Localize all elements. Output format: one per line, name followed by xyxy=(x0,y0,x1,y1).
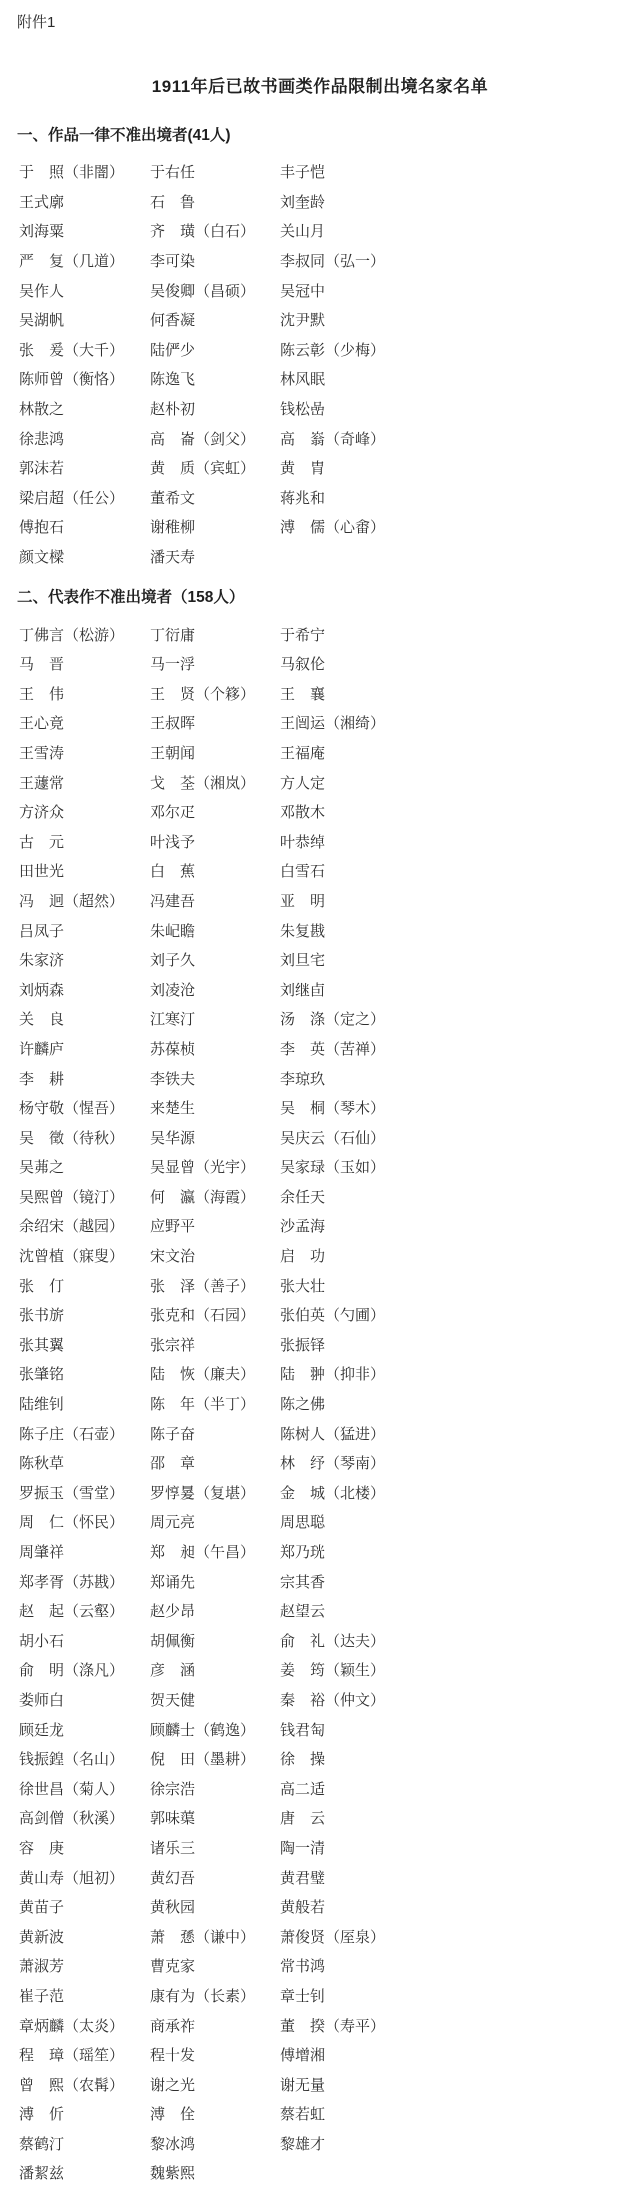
artist-name: 赵 起（云壑） xyxy=(19,1600,150,1621)
name-row: 张书旂张克和（石园）张伯英（勺圃） xyxy=(0,1300,640,1330)
artist-name: 崔子范 xyxy=(19,1985,150,2006)
name-row: 吴熙曾（镜汀）何 瀛（海霞）余任天 xyxy=(0,1182,640,1212)
artist-name: 白雪石 xyxy=(280,860,640,881)
name-list: 一、作品一律不准出境者(41人)于 照（非闇）于右任丰子恺王式廓石 鲁刘奎龄刘海… xyxy=(0,121,640,2188)
artist-name: 郑孝胥（苏戡） xyxy=(19,1571,150,1592)
artist-name: 张其翼 xyxy=(19,1334,150,1355)
artist-name: 吴 桐（琴木） xyxy=(280,1097,640,1118)
artist-name: 朱家济 xyxy=(19,949,150,970)
artist-name: 徐悲鸿 xyxy=(19,428,150,449)
artist-name: 吴茀之 xyxy=(19,1156,150,1177)
name-row: 王 伟王 贤（个簃）王 襄 xyxy=(0,679,640,709)
artist-name: 王叔晖 xyxy=(150,712,280,733)
artist-name: 董 揆（寿平） xyxy=(280,2015,640,2036)
attachment-label: 附件1 xyxy=(17,11,640,32)
artist-name: 俞 明（涤凡） xyxy=(19,1659,150,1680)
artist-name: 李叔同（弘一） xyxy=(280,250,640,271)
artist-name: 黄新波 xyxy=(19,1926,150,1947)
name-row: 冯 迥（超然）冯建吾亚 明 xyxy=(0,886,640,916)
artist-name: 应野平 xyxy=(150,1215,280,1236)
artist-name: 王 贤（个簃） xyxy=(150,683,280,704)
artist-name: 刘继卣 xyxy=(280,979,640,1000)
artist-name: 容 庚 xyxy=(19,1837,150,1858)
artist-name: 潘天寿 xyxy=(150,546,280,567)
name-row: 郑孝胥（苏戡）郑诵先宗其香 xyxy=(0,1566,640,1596)
name-row: 徐悲鸿高 崙（剑父）高 嵡（奇峰） xyxy=(0,423,640,453)
artist-name: 萧淑芳 xyxy=(19,1955,150,1976)
artist-name: 吴作人 xyxy=(19,280,150,301)
name-row: 刘海粟齐 璜（白石）关山月 xyxy=(0,216,640,246)
artist-name: 戈 荃（湘岚） xyxy=(150,772,280,793)
artist-name: 吴熙曾（镜汀） xyxy=(19,1186,150,1207)
artist-name: 陆 恢（廉夫） xyxy=(150,1363,280,1384)
artist-name: 于右任 xyxy=(150,161,280,182)
artist-name: 郭沫若 xyxy=(19,457,150,478)
name-row: 吴茀之吴显曾（光宇）吴家琭（玉如） xyxy=(0,1152,640,1182)
artist-name: 王闿运（湘绮） xyxy=(280,712,640,733)
artist-name: 刘炳森 xyxy=(19,979,150,1000)
name-row: 丁佛言（松游）丁衍庸于希宁 xyxy=(0,619,640,649)
name-row: 黄山寿（旭初）黄幻吾黄君璧 xyxy=(0,1862,640,1892)
artist-name: 杨守敬（惺吾） xyxy=(19,1097,150,1118)
artist-name: 李 耕 xyxy=(19,1068,150,1089)
artist-name: 叶浅予 xyxy=(150,831,280,852)
name-row: 钱振鍠（名山）倪 田（墨耕）徐 操 xyxy=(0,1744,640,1774)
artist-name: 沙孟海 xyxy=(280,1215,640,1236)
artist-name: 吴家琭（玉如） xyxy=(280,1156,640,1177)
artist-name: 苏葆桢 xyxy=(150,1038,280,1059)
artist-name: 齐 璜（白石） xyxy=(150,220,280,241)
artist-name: 林 纾（琴南） xyxy=(280,1452,640,1473)
artist-name: 彦 涵 xyxy=(150,1659,280,1680)
section-1: 一、作品一律不准出境者(41人)于 照（非闇）于右任丰子恺王式廓石 鲁刘奎龄刘海… xyxy=(0,121,640,571)
artist-name: 丰子恺 xyxy=(280,161,640,182)
artist-name: 潘絜兹 xyxy=(19,2162,150,2183)
name-row: 容 庚诸乐三陶一清 xyxy=(0,1833,640,1863)
name-row: 溥 伒溥 佺蔡若虹 xyxy=(0,2099,640,2129)
artist-name: 林风眠 xyxy=(280,368,640,389)
artist-name: 吴华源 xyxy=(150,1127,280,1148)
artist-name: 萧 愻（谦中） xyxy=(150,1926,280,1947)
name-row: 郭沫若黄 质（宾虹）黄 胄 xyxy=(0,453,640,483)
artist-name: 古 元 xyxy=(19,831,150,852)
artist-name: 黎冰鸿 xyxy=(150,2133,280,2154)
artist-name: 张 泽（善子） xyxy=(150,1275,280,1296)
artist-name: 叶恭绰 xyxy=(280,831,640,852)
artist-name: 蔡鹤汀 xyxy=(19,2133,150,2154)
name-row: 黄新波萧 愻（谦中）萧俊贤（厔泉） xyxy=(0,1921,640,1951)
artist-name: 曹克家 xyxy=(150,1955,280,1976)
artist-name: 方人定 xyxy=(280,772,640,793)
name-row: 程 璋（瑶笙）程十发傅增湘 xyxy=(0,2040,640,2070)
artist-name: 溥 儒（心畬） xyxy=(280,516,640,537)
artist-name: 高 崙（剑父） xyxy=(150,428,280,449)
artist-name: 刘奎龄 xyxy=(280,191,640,212)
artist-name: 胡小石 xyxy=(19,1630,150,1651)
artist-name: 倪 田（墨耕） xyxy=(150,1748,280,1769)
name-row: 吴 徵（待秋）吴华源吴庆云（石仙） xyxy=(0,1122,640,1152)
artist-name: 黄君璧 xyxy=(280,1867,640,1888)
artist-name: 田世光 xyxy=(19,860,150,881)
artist-name: 吴俊卿（昌硕） xyxy=(150,280,280,301)
artist-name: 宗其香 xyxy=(280,1571,640,1592)
artist-name: 白 蕉 xyxy=(150,860,280,881)
artist-name: 陆俨少 xyxy=(150,339,280,360)
artist-name: 赵少昂 xyxy=(150,1600,280,1621)
name-row: 章炳麟（太炎）商承祚董 揆（寿平） xyxy=(0,2010,640,2040)
artist-name: 诸乐三 xyxy=(150,1837,280,1858)
artist-name: 张伯英（勺圃） xyxy=(280,1304,640,1325)
artist-name: 贺天健 xyxy=(150,1689,280,1710)
artist-name: 秦 裕（仲文） xyxy=(280,1689,640,1710)
artist-name: 王福庵 xyxy=(280,742,640,763)
name-row: 颜文樑潘天寿 xyxy=(0,542,640,572)
name-row: 杨守敬（惺吾）来楚生吴 桐（琴木） xyxy=(0,1093,640,1123)
artist-name: 宋文治 xyxy=(150,1245,280,1266)
artist-name: 张书旂 xyxy=(19,1304,150,1325)
artist-name: 关 良 xyxy=(19,1008,150,1029)
section-heading: 一、作品一律不准出境者(41人) xyxy=(17,121,640,151)
artist-name: 余任天 xyxy=(280,1186,640,1207)
artist-name: 张大壮 xyxy=(280,1275,640,1296)
name-row: 张 仃张 泽（善子）张大壮 xyxy=(0,1270,640,1300)
name-row: 周肇祥郑 昶（午昌）郑乃珖 xyxy=(0,1537,640,1567)
name-row: 马 晋马一浮马叙伦 xyxy=(0,649,640,679)
name-row: 田世光白 蕉白雪石 xyxy=(0,856,640,886)
artist-name: 王式廓 xyxy=(19,191,150,212)
artist-name: 黄幻吾 xyxy=(150,1867,280,1888)
artist-name: 吴湖帆 xyxy=(19,309,150,330)
name-row: 傅抱石谢稚柳溥 儒（心畬） xyxy=(0,512,640,542)
name-row: 萧淑芳曹克家常书鸿 xyxy=(0,1951,640,1981)
artist-name: 刘海粟 xyxy=(19,220,150,241)
artist-name: 周思聪 xyxy=(280,1511,640,1532)
artist-name: 程十发 xyxy=(150,2044,280,2065)
name-row: 王蘧常戈 荃（湘岚）方人定 xyxy=(0,767,640,797)
artist-name: 萧俊贤（厔泉） xyxy=(280,1926,640,1947)
artist-name: 陆维钊 xyxy=(19,1393,150,1414)
artist-name: 黄山寿（旭初） xyxy=(19,1867,150,1888)
name-row: 吕凤子朱屺瞻朱复戡 xyxy=(0,915,640,945)
artist-name: 吴庆云（石仙） xyxy=(280,1127,640,1148)
artist-name: 沈曾植（寐叟） xyxy=(19,1245,150,1266)
name-row: 俞 明（涤凡）彦 涵姜 筠（颖生） xyxy=(0,1655,640,1685)
artist-name: 赵望云 xyxy=(280,1600,640,1621)
artist-name: 马一浮 xyxy=(150,653,280,674)
artist-name: 周 仁（怀民） xyxy=(19,1511,150,1532)
artist-name: 高二适 xyxy=(280,1778,640,1799)
artist-name: 魏紫熙 xyxy=(150,2162,280,2183)
name-row: 梁启超（任公）董希文蒋兆和 xyxy=(0,483,640,513)
artist-name: 罗振玉（雪堂） xyxy=(19,1482,150,1503)
artist-name: 梁启超（任公） xyxy=(19,487,150,508)
artist-name: 冯建吾 xyxy=(150,890,280,911)
artist-name: 蒋兆和 xyxy=(280,487,640,508)
artist-name: 马叙伦 xyxy=(280,653,640,674)
artist-name: 傅增湘 xyxy=(280,2044,640,2065)
name-row: 蔡鹤汀黎冰鸿黎雄才 xyxy=(0,2129,640,2159)
name-row: 黄苗子黄秋园黄般若 xyxy=(0,1892,640,1922)
artist-name: 王 伟 xyxy=(19,683,150,704)
name-row: 张 爰（大千）陆俨少陈云彰（少梅） xyxy=(0,335,640,365)
artist-name: 吴显曾（光宇） xyxy=(150,1156,280,1177)
name-row: 王雪涛王朝闻王福庵 xyxy=(0,738,640,768)
artist-name: 郑 昶（午昌） xyxy=(150,1541,280,1562)
artist-name: 启 功 xyxy=(280,1245,640,1266)
name-row: 沈曾植（寐叟）宋文治启 功 xyxy=(0,1241,640,1271)
name-row: 吴湖帆何香凝沈尹默 xyxy=(0,305,640,335)
artist-name: 溥 伒 xyxy=(19,2103,150,2124)
artist-name: 冯 迥（超然） xyxy=(19,890,150,911)
artist-name: 钱君匋 xyxy=(280,1719,640,1740)
name-row: 王式廓石 鲁刘奎龄 xyxy=(0,187,640,217)
artist-name: 李 英（苦禅） xyxy=(280,1038,640,1059)
artist-name: 顾廷龙 xyxy=(19,1719,150,1740)
artist-name: 郑诵先 xyxy=(150,1571,280,1592)
artist-name: 周肇祥 xyxy=(19,1541,150,1562)
page-title: 1911年后已故书画类作品限制出境名家名单 xyxy=(10,72,630,97)
artist-name: 亚 明 xyxy=(280,890,640,911)
artist-name: 江寒汀 xyxy=(150,1008,280,1029)
name-row: 于 照（非闇）于右任丰子恺 xyxy=(0,157,640,187)
artist-name: 王雪涛 xyxy=(19,742,150,763)
name-row: 娄师白贺天健秦 裕（仲文） xyxy=(0,1685,640,1715)
name-row: 罗振玉（雪堂）罗惇㬊（复堪）金 城（北楼） xyxy=(0,1478,640,1508)
artist-name: 沈尹默 xyxy=(280,309,640,330)
artist-name: 郑乃珖 xyxy=(280,1541,640,1562)
name-row: 刘炳森刘凌沧刘继卣 xyxy=(0,974,640,1004)
artist-name: 顾麟士（鹤逸） xyxy=(150,1719,280,1740)
artist-name: 张宗祥 xyxy=(150,1334,280,1355)
artist-name: 丁佛言（松游） xyxy=(19,624,150,645)
artist-name: 关山月 xyxy=(280,220,640,241)
artist-name: 高剑僧（秋溪） xyxy=(19,1807,150,1828)
artist-name: 刘旦宅 xyxy=(280,949,640,970)
artist-name: 陶一清 xyxy=(280,1837,640,1858)
artist-name: 陈子奋 xyxy=(150,1423,280,1444)
artist-name: 李琼玖 xyxy=(280,1068,640,1089)
artist-name: 金 城（北楼） xyxy=(280,1482,640,1503)
artist-name: 严 复（几道） xyxy=(19,250,150,271)
artist-name: 王 襄 xyxy=(280,683,640,704)
artist-name: 石 鲁 xyxy=(150,191,280,212)
artist-name: 谢稚柳 xyxy=(150,516,280,537)
name-row: 崔子范康有为（长素）章士钊 xyxy=(0,1981,640,2011)
artist-name: 于希宁 xyxy=(280,624,640,645)
artist-name: 曾 熙（农髯） xyxy=(19,2074,150,2095)
artist-name: 颜文樑 xyxy=(19,546,150,567)
artist-name: 程 璋（瑶笙） xyxy=(19,2044,150,2065)
artist-name: 黄 胄 xyxy=(280,457,640,478)
artist-name: 章炳麟（太炎） xyxy=(19,2015,150,2036)
artist-name: 李铁夫 xyxy=(150,1068,280,1089)
artist-name: 康有为（长素） xyxy=(150,1985,280,2006)
artist-name: 陈子庄（石壶） xyxy=(19,1423,150,1444)
artist-name: 余绍宋（越园） xyxy=(19,1215,150,1236)
name-row: 陈师曾（衡恪）陈逸飞林风眠 xyxy=(0,364,640,394)
artist-name: 唐 云 xyxy=(280,1807,640,1828)
artist-name: 方济众 xyxy=(19,801,150,822)
artist-name: 黄 质（宾虹） xyxy=(150,457,280,478)
artist-name: 吴冠中 xyxy=(280,280,640,301)
artist-name: 刘凌沧 xyxy=(150,979,280,1000)
artist-name: 朱复戡 xyxy=(280,920,640,941)
name-row: 张其翼张宗祥张振铎 xyxy=(0,1330,640,1360)
artist-name: 陈逸飞 xyxy=(150,368,280,389)
artist-name: 俞 礼（达夫） xyxy=(280,1630,640,1651)
name-row: 林散之赵朴初钱松嵒 xyxy=(0,394,640,424)
artist-name: 汤 涤（定之） xyxy=(280,1008,640,1029)
artist-name: 吴 徵（待秋） xyxy=(19,1127,150,1148)
name-row: 朱家济刘子久刘旦宅 xyxy=(0,945,640,975)
artist-name: 钱振鍠（名山） xyxy=(19,1748,150,1769)
artist-name: 胡佩衡 xyxy=(150,1630,280,1651)
artist-name: 吕凤子 xyxy=(19,920,150,941)
section-2: 二、代表作不准出境者（158人）丁佛言（松游）丁衍庸于希宁马 晋马一浮马叙伦王 … xyxy=(0,583,640,2187)
name-row: 陈子庄（石壶）陈子奋陈树人（猛进） xyxy=(0,1418,640,1448)
artist-name: 邵 章 xyxy=(150,1452,280,1473)
artist-name: 溥 佺 xyxy=(150,2103,280,2124)
artist-name: 董希文 xyxy=(150,487,280,508)
artist-name: 许麟庐 xyxy=(19,1038,150,1059)
name-row: 徐世昌（菊人）徐宗浩高二适 xyxy=(0,1773,640,1803)
artist-name: 丁衍庸 xyxy=(150,624,280,645)
artist-name: 张克和（石园） xyxy=(150,1304,280,1325)
artist-name: 何 瀛（海霞） xyxy=(150,1186,280,1207)
name-row: 吴作人吴俊卿（昌硕）吴冠中 xyxy=(0,275,640,305)
artist-name: 商承祚 xyxy=(150,2015,280,2036)
artist-name: 徐宗浩 xyxy=(150,1778,280,1799)
artist-name: 陈 年（半丁） xyxy=(150,1393,280,1414)
name-row: 顾廷龙顾麟士（鹤逸）钱君匋 xyxy=(0,1714,640,1744)
name-row: 古 元叶浅予叶恭绰 xyxy=(0,826,640,856)
artist-name: 张 仃 xyxy=(19,1275,150,1296)
artist-name: 郭味蕖 xyxy=(150,1807,280,1828)
artist-name: 陆 翀（抑非） xyxy=(280,1363,640,1384)
artist-name: 马 晋 xyxy=(19,653,150,674)
artist-name: 钱松嵒 xyxy=(280,398,640,419)
name-row: 严 复（几道）李可染李叔同（弘一） xyxy=(0,246,640,276)
artist-name: 赵朴初 xyxy=(150,398,280,419)
artist-name: 黎雄才 xyxy=(280,2133,640,2154)
artist-name: 张振铎 xyxy=(280,1334,640,1355)
name-row: 方济众邓尔疋邓散木 xyxy=(0,797,640,827)
artist-name: 黄苗子 xyxy=(19,1896,150,1917)
artist-name: 于 照（非闇） xyxy=(19,161,150,182)
artist-name: 徐世昌（菊人） xyxy=(19,1778,150,1799)
artist-name: 陈师曾（衡恪） xyxy=(19,368,150,389)
name-row: 潘絜兹魏紫熙 xyxy=(0,2158,640,2188)
name-row: 陆维钊陈 年（半丁）陈之佛 xyxy=(0,1389,640,1419)
artist-name: 常书鸿 xyxy=(280,1955,640,1976)
artist-name: 刘子久 xyxy=(150,949,280,970)
artist-name: 王朝闻 xyxy=(150,742,280,763)
artist-name: 张 爰（大千） xyxy=(19,339,150,360)
artist-name: 邓散木 xyxy=(280,801,640,822)
name-row: 胡小石胡佩衡俞 礼（达夫） xyxy=(0,1626,640,1656)
name-row: 曾 熙（农髯）谢之光谢无量 xyxy=(0,2069,640,2099)
name-row: 关 良江寒汀汤 涤（定之） xyxy=(0,1004,640,1034)
artist-name: 陈秋草 xyxy=(19,1452,150,1473)
artist-name: 林散之 xyxy=(19,398,150,419)
artist-name: 陈云彰（少梅） xyxy=(280,339,640,360)
name-row: 陈秋草邵 章林 纾（琴南） xyxy=(0,1448,640,1478)
artist-name: 娄师白 xyxy=(19,1689,150,1710)
artist-name: 陈树人（猛进） xyxy=(280,1423,640,1444)
artist-name: 李可染 xyxy=(150,250,280,271)
artist-name: 朱屺瞻 xyxy=(150,920,280,941)
artist-name: 周元亮 xyxy=(150,1511,280,1532)
name-row: 高剑僧（秋溪）郭味蕖唐 云 xyxy=(0,1803,640,1833)
name-row: 周 仁（怀民）周元亮周思聪 xyxy=(0,1507,640,1537)
document-page: 附件1 1911年后已故书画类作品限制出境名家名单 一、作品一律不准出境者(41… xyxy=(0,0,640,2196)
artist-name: 何香凝 xyxy=(150,309,280,330)
artist-name: 谢无量 xyxy=(280,2074,640,2095)
artist-name: 蔡若虹 xyxy=(280,2103,640,2124)
artist-name: 来楚生 xyxy=(150,1097,280,1118)
artist-name: 姜 筠（颖生） xyxy=(280,1659,640,1680)
artist-name: 徐 操 xyxy=(280,1748,640,1769)
name-row: 张肇铭陆 恢（廉夫）陆 翀（抑非） xyxy=(0,1359,640,1389)
artist-name: 张肇铭 xyxy=(19,1363,150,1384)
artist-name: 邓尔疋 xyxy=(150,801,280,822)
name-row: 李 耕李铁夫李琼玖 xyxy=(0,1063,640,1093)
artist-name: 黄般若 xyxy=(280,1896,640,1917)
artist-name: 王蘧常 xyxy=(19,772,150,793)
section-heading: 二、代表作不准出境者（158人） xyxy=(17,583,640,613)
name-row: 许麟庐苏葆桢李 英（苦禅） xyxy=(0,1034,640,1064)
artist-name: 章士钊 xyxy=(280,1985,640,2006)
artist-name: 谢之光 xyxy=(150,2074,280,2095)
artist-name: 黄秋园 xyxy=(150,1896,280,1917)
artist-name: 陈之佛 xyxy=(280,1393,640,1414)
artist-name: 高 嵡（奇峰） xyxy=(280,428,640,449)
artist-name: 王心竟 xyxy=(19,712,150,733)
artist-name: 罗惇㬊（复堪） xyxy=(150,1482,280,1503)
name-row: 王心竟王叔晖王闿运（湘绮） xyxy=(0,708,640,738)
name-row: 赵 起（云壑）赵少昂赵望云 xyxy=(0,1596,640,1626)
name-row: 余绍宋（越园）应野平沙孟海 xyxy=(0,1211,640,1241)
artist-name: 傅抱石 xyxy=(19,516,150,537)
